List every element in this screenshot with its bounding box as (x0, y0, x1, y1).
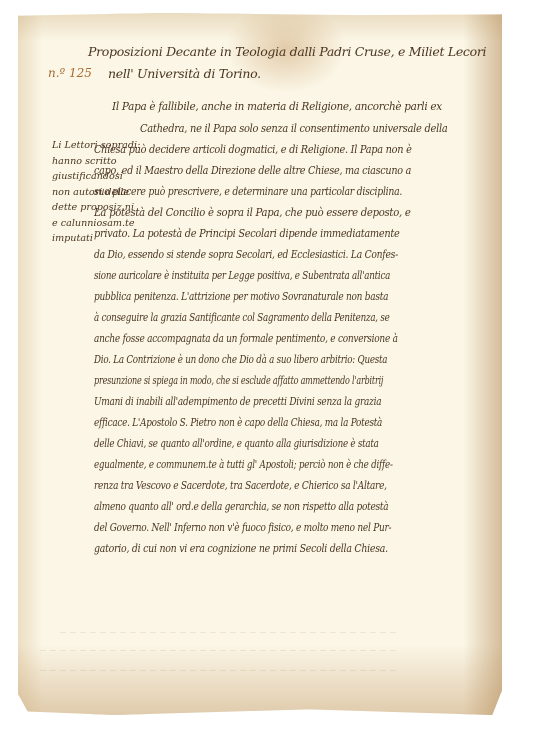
body-line: capo, ed il Maestro della Direzione dell… (94, 164, 411, 177)
body-line: à conseguire la grazia Santificante col … (94, 311, 390, 324)
body-line: sione auricolare è instituita per Legge … (94, 269, 390, 282)
body-line: anche fosse accompagnata da un formale p… (94, 332, 398, 345)
bleed-through-line (60, 632, 400, 633)
heading-line-1: Proposizioni Decante in Teologia dalli P… (88, 44, 486, 59)
body-line: pubblica penitenza. L'attrizione per mot… (94, 290, 388, 303)
body-line: renza tra Vescovo e Sacerdote, tra Sacer… (94, 479, 387, 492)
body-line: egualmente, e communem.te à tutti gl' Ap… (94, 458, 393, 471)
bleed-through-line (40, 670, 400, 671)
body-line: Dio. La Contrizione è un dono che Dio dà… (94, 353, 387, 366)
body-line: da Dio, essendo si stende sopra Secolari… (94, 248, 398, 261)
body-line: delle Chiavi, se quanto all'ordine, e qu… (94, 437, 379, 450)
body-line: La potestà del Concilio è sopra il Papa,… (94, 206, 411, 219)
body-line: Chiesa può decidere articoli dogmatici, … (94, 143, 412, 156)
body-line: gatorio, di cui non vi era cognizione ne… (94, 542, 388, 555)
body-line: efficace. L'Apostolo S. Pietro non è cap… (94, 416, 382, 429)
body-line: Umani di inabili all'adempimento de prec… (94, 395, 381, 408)
body-line: suo piacere può prescrivere, e determina… (94, 185, 402, 198)
body-line: presunzione si spiega in modo, che si es… (94, 374, 383, 387)
body-line: del Governo. Nell' Inferno non v'è fuoco… (94, 521, 391, 534)
body-line: almeno quanto all' ord.e della gerarchia… (94, 500, 388, 513)
body-line: Cathedra, ne il Papa solo senza il conse… (140, 122, 447, 135)
body-line: Il Papa è fallibile, anche in materia di… (112, 100, 442, 113)
heading-line-2: nell' Università di Torino. (108, 66, 261, 81)
body-line: privato. La potestà de Principi Secolari… (94, 227, 400, 240)
reference-number: n.º 125 (48, 66, 92, 80)
bleed-through-line (40, 650, 400, 651)
